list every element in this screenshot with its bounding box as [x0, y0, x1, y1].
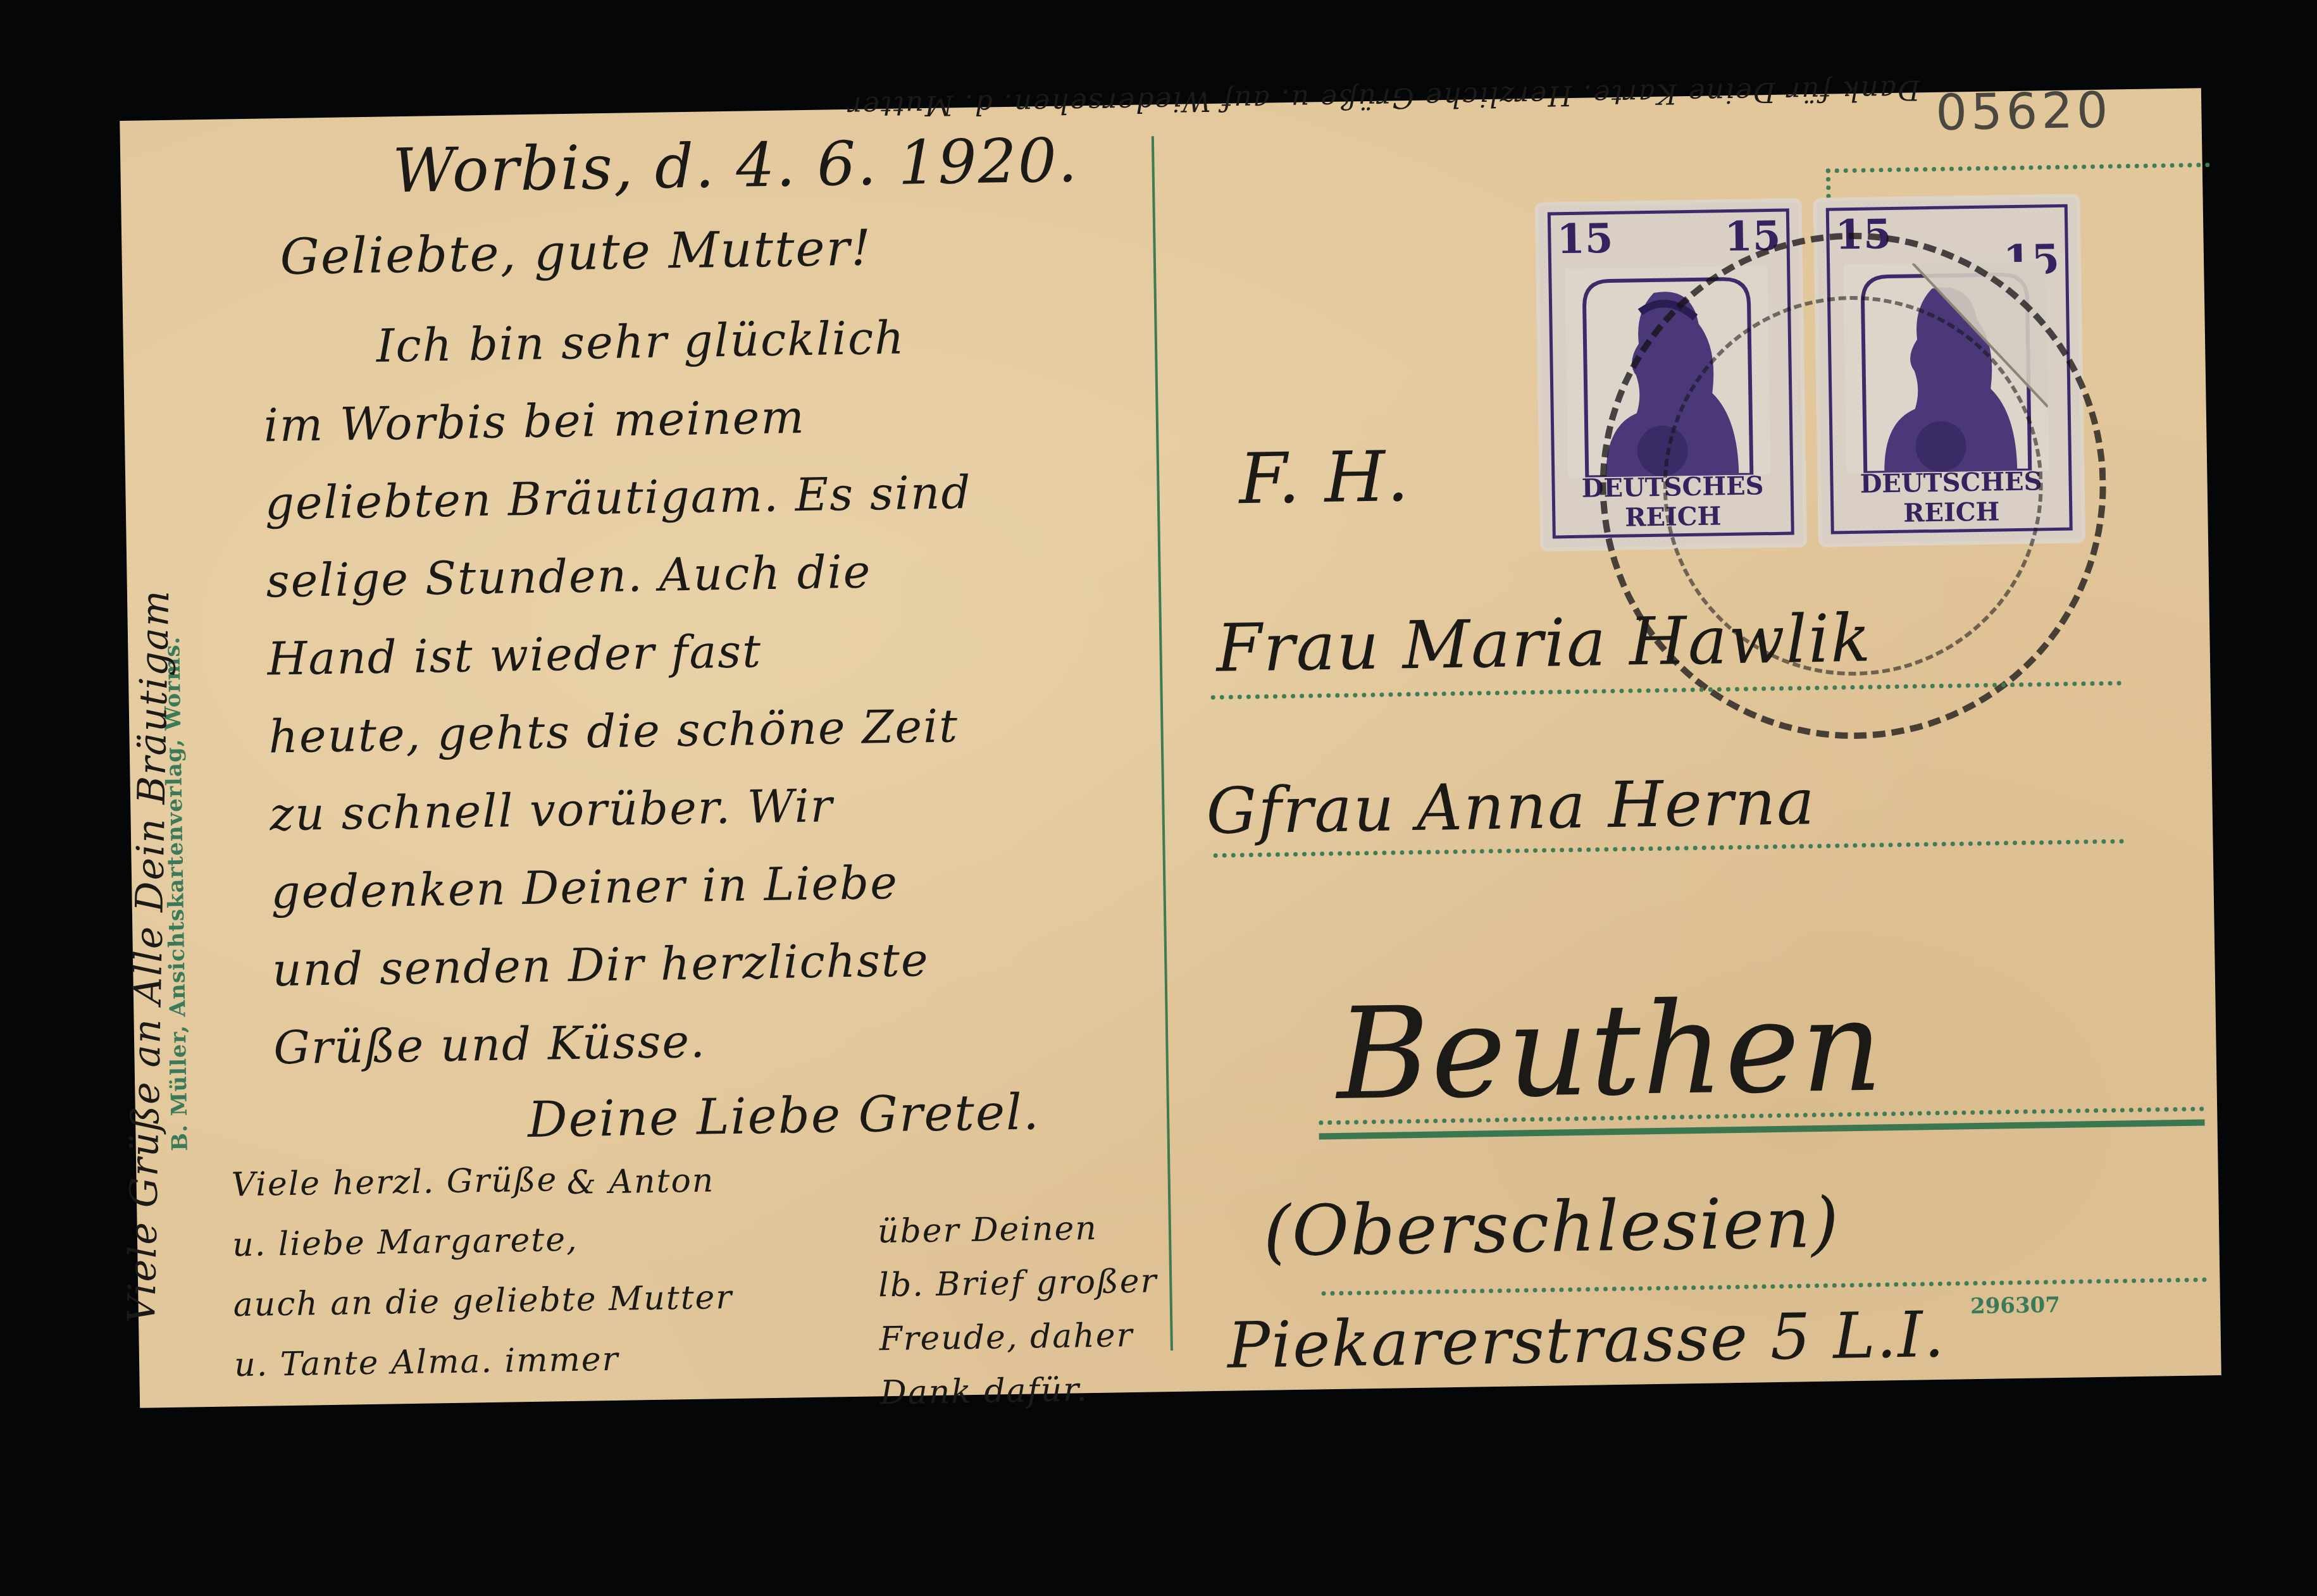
stamp-2: 15 15 DEUTSCHES REICH	[1817, 197, 2082, 543]
germania-portrait-icon	[1565, 266, 1770, 478]
message-line: geliebten Bräutigam. Es sind	[264, 466, 972, 530]
message-line: heute, gehts die schöne Zeit	[268, 699, 959, 763]
stamp-2-value-left: 15	[1835, 211, 1892, 259]
stamp-1-legend: DEUTSCHES REICH	[1555, 471, 1790, 534]
inventory-number: 05620	[1935, 82, 2113, 142]
stamp-box-outline	[1826, 163, 2211, 199]
postscript-left-line: auch an die geliebte Mutter	[233, 1278, 733, 1324]
postscript-right-line: Dank dafür.	[879, 1371, 1088, 1412]
message-line: Ich bin sehr glücklich	[376, 311, 905, 373]
postscript-left-line: u. Tante Alma. immer	[234, 1340, 619, 1385]
message-line: gedenken Deiner in Liebe	[271, 856, 899, 919]
message-line: zu schnell vorüber. Wir	[270, 779, 834, 841]
stamp-1-value-left: 15	[1556, 215, 1613, 263]
address-line-1: Frau Maria Hawlik	[1216, 600, 1873, 687]
postcard: 05620 B. Müller, Ansichtskartenverlag, W…	[120, 88, 2221, 1407]
stamp-1-value-right: 15	[1724, 213, 1781, 261]
center-divider	[1152, 136, 1173, 1351]
postscript-right-line: & Anton	[566, 1161, 714, 1202]
stamp-1: 15 15 DEUTSCHES REICH	[1539, 202, 1803, 547]
signature: Deine Liebe Gretel.	[527, 1084, 1040, 1149]
address-region: (Oberschlesien)	[1263, 1182, 1841, 1271]
address-street: Piekarerstrasse 5 L.I.	[1227, 1297, 1946, 1383]
address-dotted-line-4	[1322, 1277, 2208, 1296]
message-line: selige Stunden. Auch die	[266, 545, 872, 607]
postscript-left-line: u. liebe Margarete,	[232, 1221, 578, 1265]
message-line: und senden Dir herzlichste	[272, 933, 929, 996]
message-line: Grüße und Küsse.	[273, 1015, 707, 1075]
recipient-initials: F. H.	[1238, 436, 1410, 519]
message-line: Hand ist wieder fast	[267, 624, 762, 685]
top-inverted-note: Dank für Deine Karte. Herzliche Grüße u.…	[847, 73, 1920, 123]
stamp-2-legend: DEUTSCHES REICH	[1834, 466, 2068, 529]
address-city: Beuthen	[1336, 972, 1885, 1129]
message-line: im Worbis bei meinem	[263, 390, 805, 452]
postscript-right-line: lb. Brief großer	[878, 1262, 1158, 1304]
salutation: Geliebte, gute Mutter!	[280, 220, 873, 286]
postscript-right-line: über Deinen	[877, 1209, 1098, 1251]
place-date: Worbis, d. 4. 6. 1920.	[392, 125, 1079, 206]
germania-portrait-icon	[1843, 261, 2049, 473]
address-line-2: Gfrau Anna Herna	[1206, 765, 1817, 848]
card-number: 296307	[1970, 1292, 2061, 1319]
postscript-right-line: Freude, daher	[879, 1316, 1134, 1358]
postscript-left-line: Viele herzl. Grüße	[231, 1161, 557, 1204]
